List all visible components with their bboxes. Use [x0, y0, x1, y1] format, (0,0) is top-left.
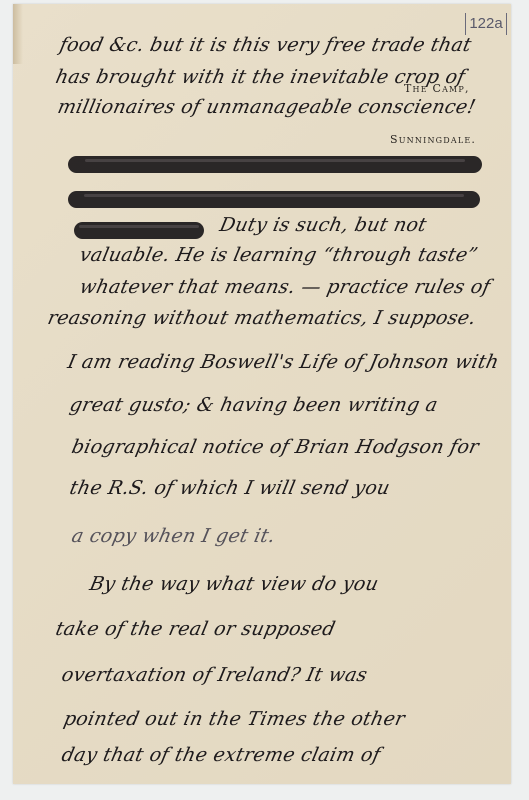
duty-text: Duty is such, but not [218, 214, 429, 236]
handwritten-line-12: biographical notice of Brian Hodgson for [70, 436, 481, 458]
handwritten-line-13: the R.S. of which I will send you [68, 477, 392, 499]
handwritten-line-19: day that of the extreme claim of [60, 744, 383, 766]
handwritten-line-10: I am reading Boswell's Life of Johnson w… [66, 351, 501, 373]
handwritten-line-8: whatever that means. — practice rules of [78, 276, 493, 298]
folio-number: 122a [465, 13, 507, 35]
handwritten-line-11: great gusto; & having been writing a [68, 394, 440, 416]
letterhead-line-2: Sunningdale. [390, 133, 476, 146]
handwritten-line-6: Duty is such, but not [218, 214, 429, 236]
paper-stain [13, 4, 23, 64]
handwritten-line-7: valuable. He is learning “through taste” [78, 244, 480, 266]
handwritten-line-2: has brought with it the inevitable crop … [54, 66, 467, 88]
handwritten-line-17: overtaxation of Ireland? It was [60, 664, 370, 686]
handwritten-line-9: reasoning without mathematics, I suppose… [46, 307, 478, 329]
struck-through-line-2 [68, 191, 480, 208]
handwritten-line-1: food &c. but it is this very free trade … [58, 34, 474, 56]
handwritten-line-14: a copy when I get it. [70, 525, 278, 547]
handwritten-line-16: take of the real or supposed [54, 618, 338, 640]
handwritten-line-15: By the way what view do you [88, 573, 381, 595]
struck-through-line-1 [68, 156, 482, 173]
handwritten-line-3: millionaires of unmanageable conscience! [56, 96, 478, 118]
handwritten-line-18: pointed out in the Times the other [62, 708, 407, 730]
struck-through-line-3 [74, 222, 204, 239]
